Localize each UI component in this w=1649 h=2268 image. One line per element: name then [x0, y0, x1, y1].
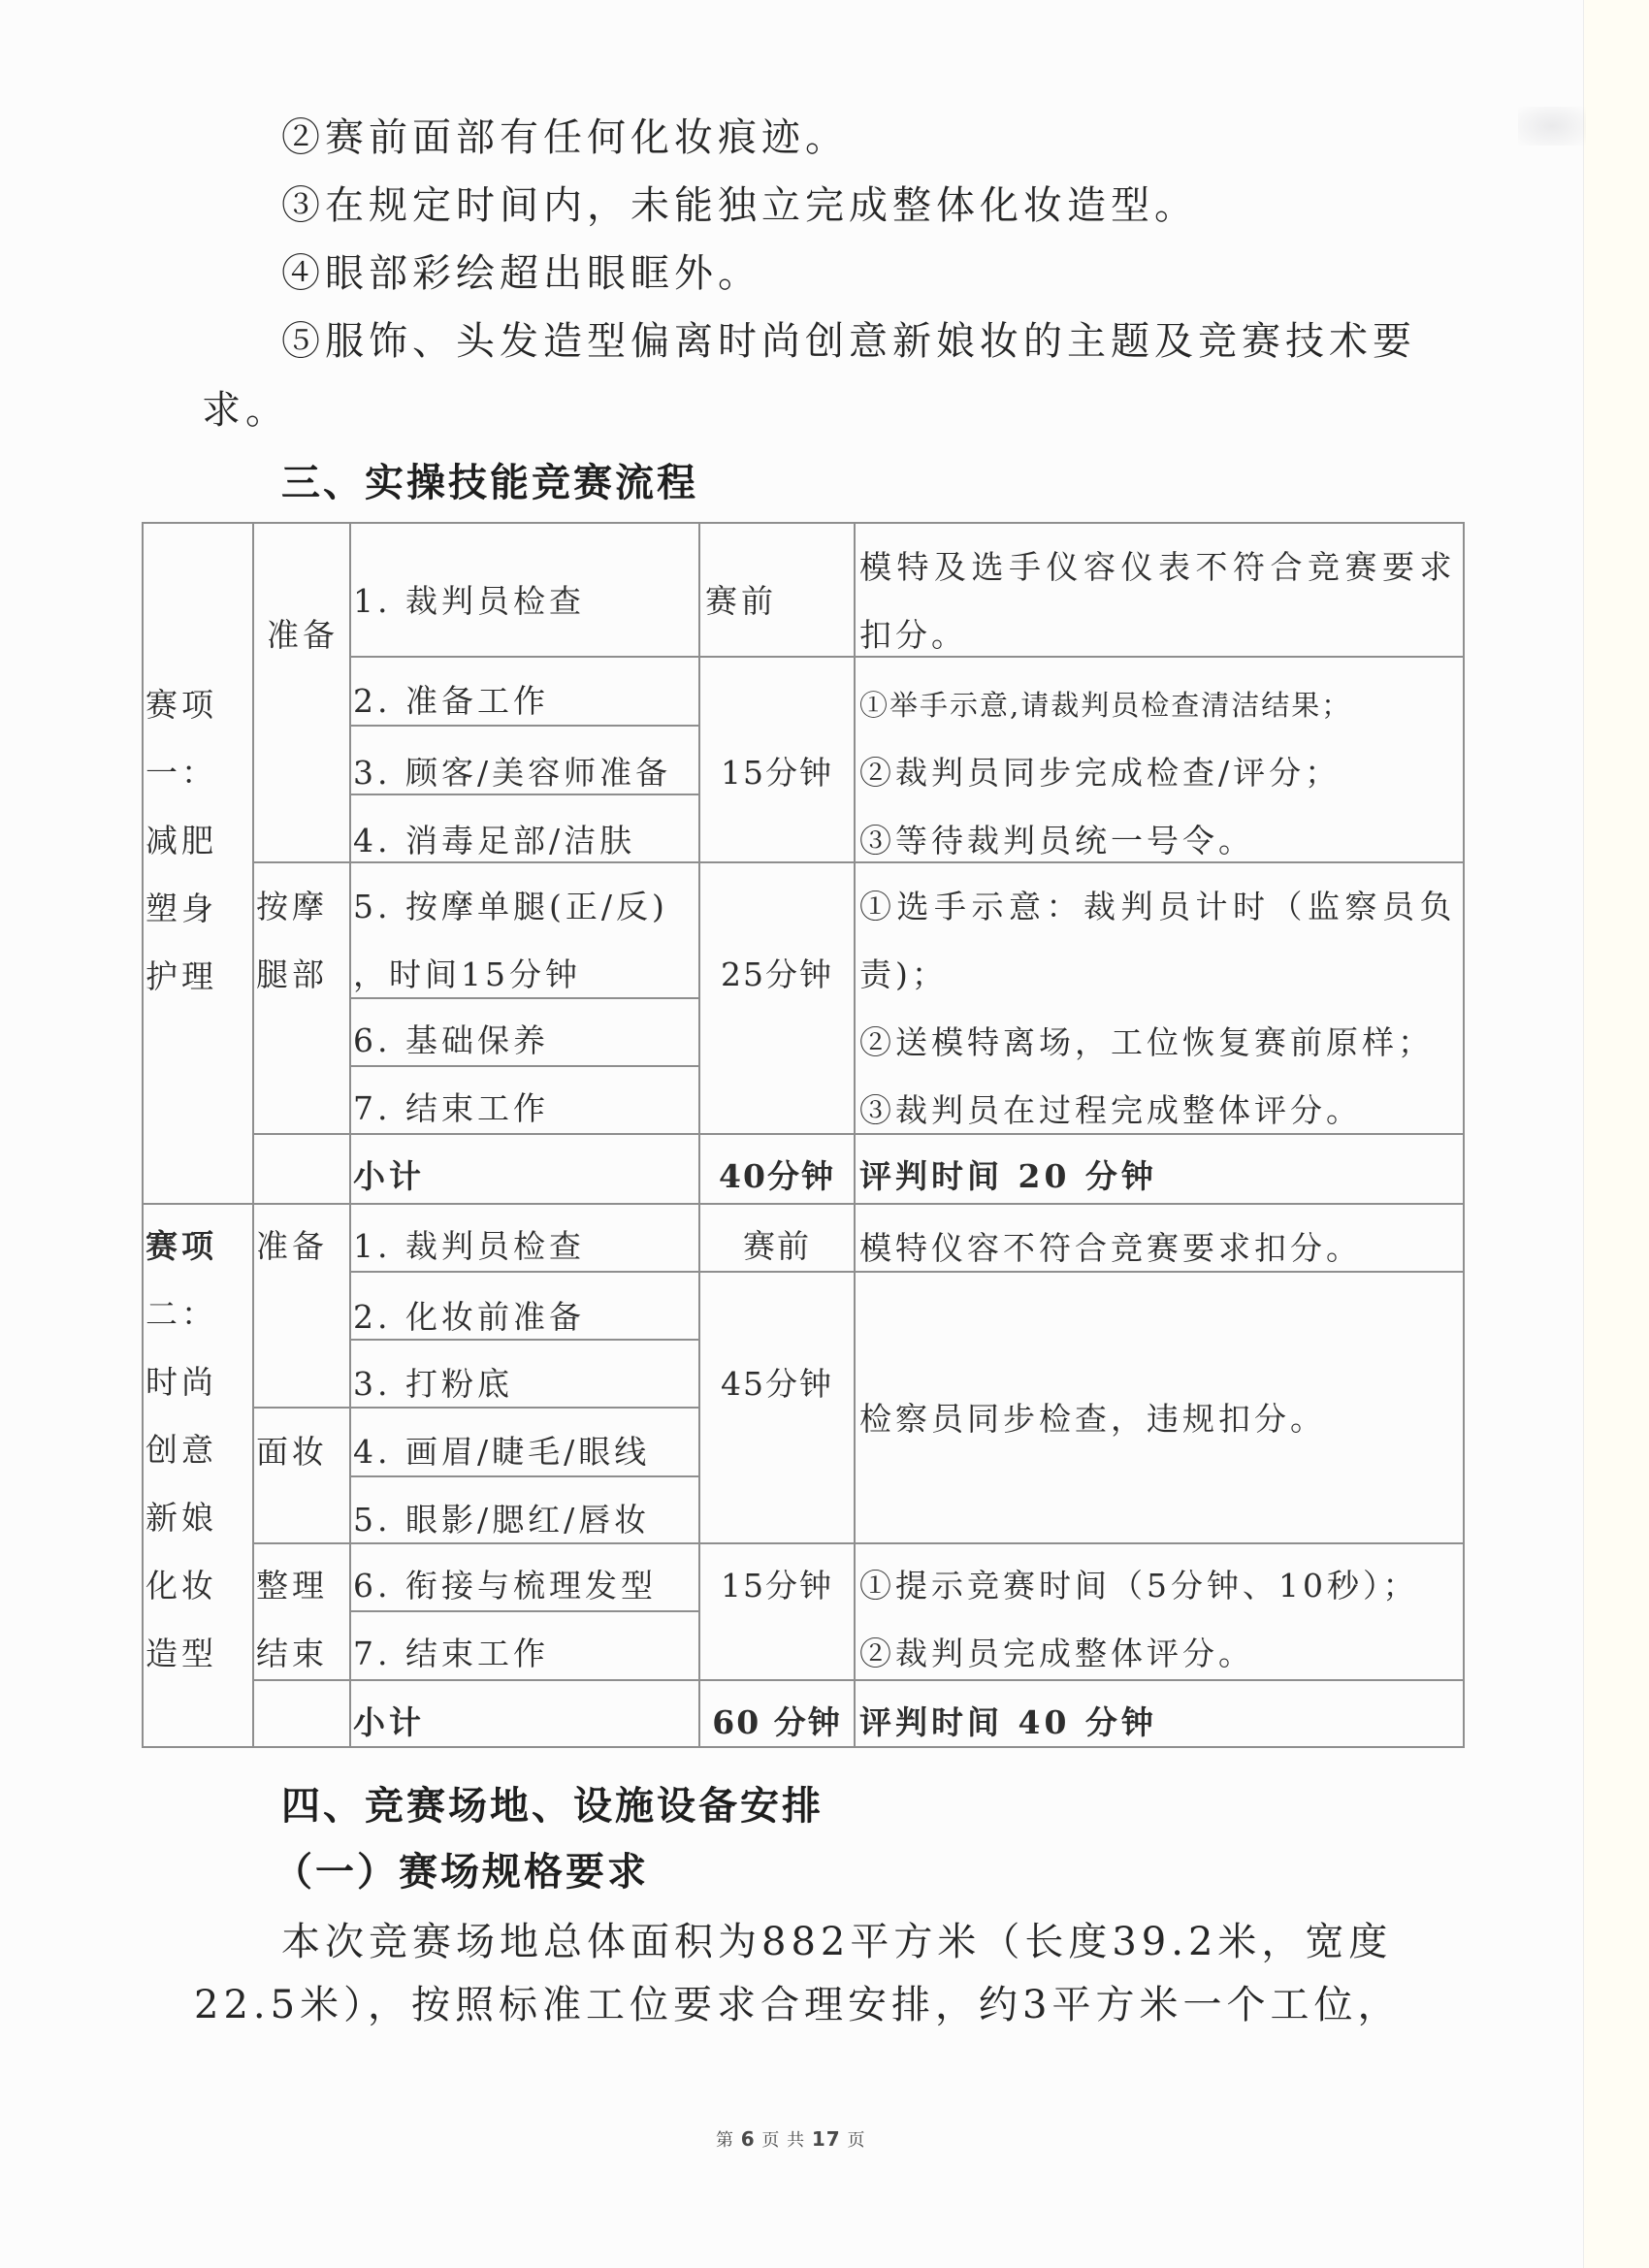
judging-time-cell: 评判时间 40 分钟 [856, 1681, 1465, 1748]
event-name-line: 减肥 [145, 807, 252, 875]
step-label: 6. 衔接与梳理发型 [353, 1552, 698, 1620]
note-line: ②送模特离场，工位恢复赛前原样； [859, 1009, 1463, 1077]
duration-cell: 赛前 [700, 524, 856, 658]
subtotal-label: 小计 [353, 1689, 698, 1757]
step-label: 5. 按摩单腿(正/反) [353, 873, 698, 941]
section-3-heading: 三、实操技能竞赛流程 [281, 459, 698, 507]
duration-value: 25分钟 [700, 941, 854, 1009]
event-name-line: 赛项 [145, 1213, 252, 1280]
rule-item-2: ②赛前面部有任何化妆痕迹。 [281, 113, 849, 162]
step-cell: 6. 基础保养 [351, 999, 700, 1067]
phase-cell: 整理 结束 [254, 1544, 351, 1681]
phase-label: 面妆 [256, 1418, 349, 1486]
duration-cell: 45分钟 [700, 1273, 856, 1544]
step-cell: 6. 衔接与梳理发型 [351, 1544, 700, 1612]
event-name-line: 赛项 [145, 671, 252, 739]
subsection-1-heading: （一）赛场规格要求 [274, 1848, 649, 1896]
event-name-line: 新娘 [145, 1484, 252, 1552]
competition-process-table: 赛项 一： 减肥 塑身 护理 准备 按摩 腿部 1. 裁判员检查 2. 准备工作… [142, 522, 1465, 1748]
phase-cell: 面妆 [254, 1409, 351, 1544]
note-line: 检察员同步检查，违规扣分。 [859, 1385, 1463, 1453]
event-name-cell: 赛项 一： 减肥 塑身 护理 [144, 524, 254, 1205]
step-label: 6. 基础保养 [353, 1007, 698, 1075]
step-cell: 5. 按摩单腿(正/反) ，时间15分钟 [351, 863, 700, 999]
subtotal-duration: 40分钟 [700, 1143, 854, 1211]
total-pages-number: 17 [812, 2127, 841, 2151]
step-cell: 2. 化妆前准备 [351, 1273, 700, 1341]
empty-cell [254, 1135, 351, 1205]
current-page-number: 6 [741, 2127, 756, 2151]
step-cell: 5. 眼影/腮红/唇妆 [351, 1477, 700, 1544]
note-line: 责)； [859, 941, 1463, 1009]
event-name-line: 造型 [145, 1620, 252, 1688]
venue-paragraph-line: 本次竞赛场地总体面积为882平方米（长度39.2米，宽度 [281, 1918, 1392, 1966]
note-line: ①选手示意：裁判员计时（监察员负 [859, 873, 1463, 941]
phase-label: 准备 [267, 601, 349, 669]
duration-value: 赛前 [705, 567, 854, 635]
subtotal-duration-cell: 40分钟 [700, 1135, 856, 1205]
event-name-line: 一： [145, 739, 252, 807]
duration-value: 15分钟 [700, 1552, 854, 1620]
note-cell: 模特及选手仪容仪表不符合竞赛要求 扣分。 [856, 524, 1465, 658]
empty-cell [254, 1681, 351, 1748]
step-cell: 3. 顾客/美容师准备 [351, 727, 700, 795]
step-cell: 7. 结束工作 [351, 1612, 700, 1681]
duration-value: 赛前 [700, 1213, 854, 1280]
venue-paragraph-line: 22.5米），按照标准工位要求合理安排，约3平方米一个工位， [194, 1981, 1402, 2029]
note-cell: 检察员同步检查，违规扣分。 [856, 1273, 1465, 1544]
phase-label: 腿部 [256, 941, 349, 1009]
step-cell: 1. 裁判员检查 [351, 1205, 700, 1273]
step-label: 1. 裁判员检查 [353, 1213, 698, 1280]
page-footer: 第 6 页 共 17 页 [716, 2126, 865, 2154]
note-cell: 模特仪容不符合竞赛要求扣分。 [856, 1205, 1465, 1273]
duration-cell: 15分钟 [700, 1544, 856, 1681]
judging-time: 评判时间 20 分钟 [859, 1143, 1463, 1211]
scan-paper-edge [1583, 0, 1649, 2268]
phase-label: 准备 [256, 1213, 349, 1280]
step-cell: 4. 画眉/睫毛/眼线 [351, 1409, 700, 1477]
judging-time: 评判时间 40 分钟 [859, 1689, 1463, 1757]
phase-label: 按摩 [256, 873, 349, 941]
step-cell: 2. 准备工作 [351, 658, 700, 727]
subtotal-label-cell: 小计 [351, 1681, 700, 1748]
event-name-line: 护理 [145, 943, 252, 1011]
step-label: 7. 结束工作 [353, 1075, 698, 1143]
section-4-heading: 四、竞赛场地、设施设备安排 [281, 1782, 824, 1831]
footer-suffix: 页 [847, 2130, 865, 2151]
event-name-line: 时尚 [145, 1348, 252, 1416]
rule-item-4: ④眼部彩绘超出眼眶外。 [281, 249, 761, 298]
note-cell: ①举手示意,请裁判员检查清洁结果； ②裁判员同步完成检查/评分； ③等待裁判员统… [856, 658, 1465, 863]
step-cell: 3. 打粉底 [351, 1341, 700, 1409]
duration-cell: 15分钟 [700, 658, 856, 863]
step-label: 4. 画眉/睫毛/眼线 [353, 1418, 698, 1486]
event-name-line: 创意 [145, 1416, 252, 1484]
note-line: 模特及选手仪容仪表不符合竞赛要求 [859, 534, 1463, 601]
duration-cell: 25分钟 [700, 863, 856, 1135]
phase-cell: 准备 [254, 524, 351, 863]
phase-cell: 准备 [254, 1205, 351, 1409]
event-name-line: 塑身 [145, 875, 252, 943]
step-label: 1. 裁判员检查 [353, 567, 698, 635]
step-cell: 1. 裁判员检查 [351, 524, 700, 658]
footer-prefix: 第 [716, 2130, 734, 2151]
duration-value: 15分钟 [700, 739, 854, 807]
duration-value: 45分钟 [700, 1350, 854, 1418]
event-name-line: 化妆 [145, 1552, 252, 1620]
note-cell: ①提示竞赛时间（5分钟、10秒）； ②裁判员完成整体评分。 [856, 1544, 1465, 1681]
note-line: ②裁判员同步完成检查/评分； [859, 739, 1463, 807]
subtotal-duration-cell: 60 分钟 [700, 1681, 856, 1748]
step-label: 2. 准备工作 [353, 667, 698, 735]
judging-time-cell: 评判时间 20 分钟 [856, 1135, 1465, 1205]
event-name-line: 二： [145, 1280, 252, 1348]
rule-item-5: ⑤服饰、头发造型偏离时尚创意新娘妆的主题及竞赛技术要 [281, 317, 1416, 366]
document-page: ②赛前面部有任何化妆痕迹。 ③在规定时间内，未能独立完成整体化妆造型。 ④眼部彩… [0, 0, 1649, 2268]
duration-cell: 赛前 [700, 1205, 856, 1273]
step-cell: 4. 消毒足部/洁肤 [351, 795, 700, 863]
note-line: ①举手示意,请裁判员检查清洁结果； [859, 671, 1463, 739]
phase-cell: 按摩 腿部 [254, 863, 351, 1135]
step-cell: 7. 结束工作 [351, 1067, 700, 1135]
subtotal-label: 小计 [353, 1143, 698, 1211]
event-name-cell: 赛项 二： 时尚 创意 新娘 化妆 造型 [144, 1205, 254, 1748]
rule-item-3: ③在规定时间内，未能独立完成整体化妆造型。 [281, 181, 1198, 230]
footer-middle: 页 共 [761, 2130, 805, 2151]
subtotal-duration: 60 分钟 [700, 1689, 854, 1757]
subtotal-label-cell: 小计 [351, 1135, 700, 1205]
rule-item-5-continued: 求。 [202, 386, 289, 435]
note-line: ①提示竞赛时间（5分钟、10秒）； [859, 1552, 1463, 1620]
phase-label: 结束 [256, 1620, 349, 1688]
step-label: 7. 结束工作 [353, 1620, 698, 1688]
phase-label: 整理 [256, 1552, 349, 1620]
note-cell: ①选手示意：裁判员计时（监察员负 责)； ②送模特离场，工位恢复赛前原样； ③裁… [856, 863, 1465, 1135]
scan-smudge [1518, 107, 1586, 146]
note-line: ②裁判员完成整体评分。 [859, 1620, 1463, 1688]
